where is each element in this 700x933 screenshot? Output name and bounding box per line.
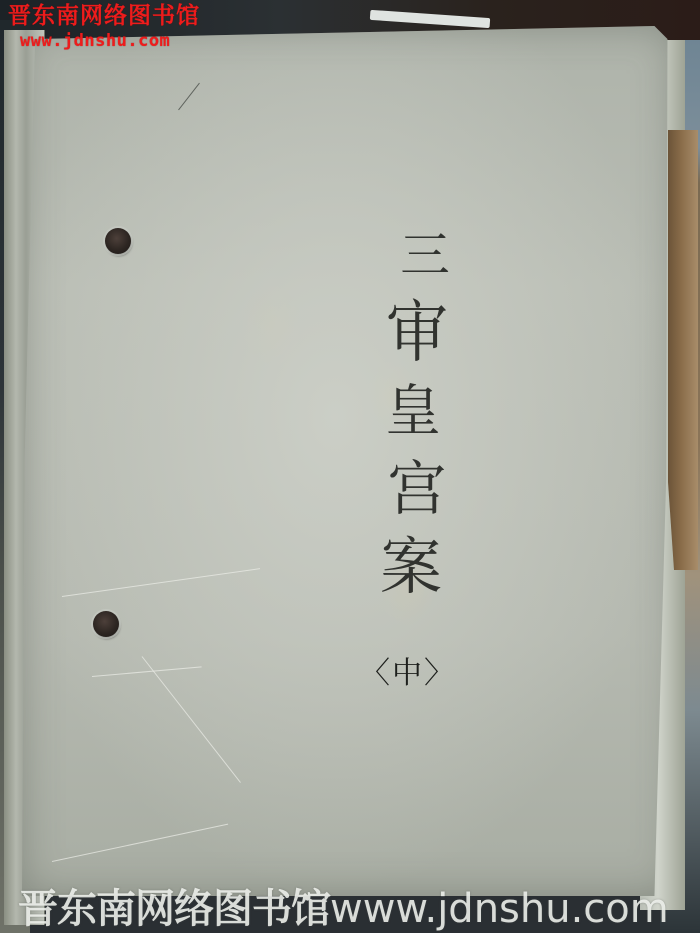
watermark-bottom: 晋东南网络图书馆www.jdnshu.com [18,886,700,932]
paper-crease [142,656,241,783]
watermark-bottom-url: www.jdnshu.com [330,886,669,932]
title-char: 皇 [385,376,441,446]
watermark-top: 晋东南网络图书馆 www.jdnshu.com [6,2,200,52]
paper-crease [92,666,202,677]
handwritten-title: 三 审 皇 宫 案 [388,216,458,606]
watermark-top-title: 晋东南网络图书馆 [8,2,200,30]
paper-crease [62,568,260,597]
title-char: 宫 [388,452,447,526]
manuscript-cover-page [22,26,674,896]
title-char: 三 [400,224,450,286]
binding-hole-top [105,228,131,254]
volume-label: 〈中〉 [360,648,456,692]
watermark-bottom-title: 晋东南网络图书馆 [18,886,330,932]
watermark-top-url: www.jdnshu.com [20,30,200,52]
binding-hole-bottom [93,611,119,637]
title-char: 审 [386,291,448,375]
cardboard-backing-edge [668,130,698,570]
title-char: 案 [380,528,442,606]
paper-crease [52,824,228,862]
